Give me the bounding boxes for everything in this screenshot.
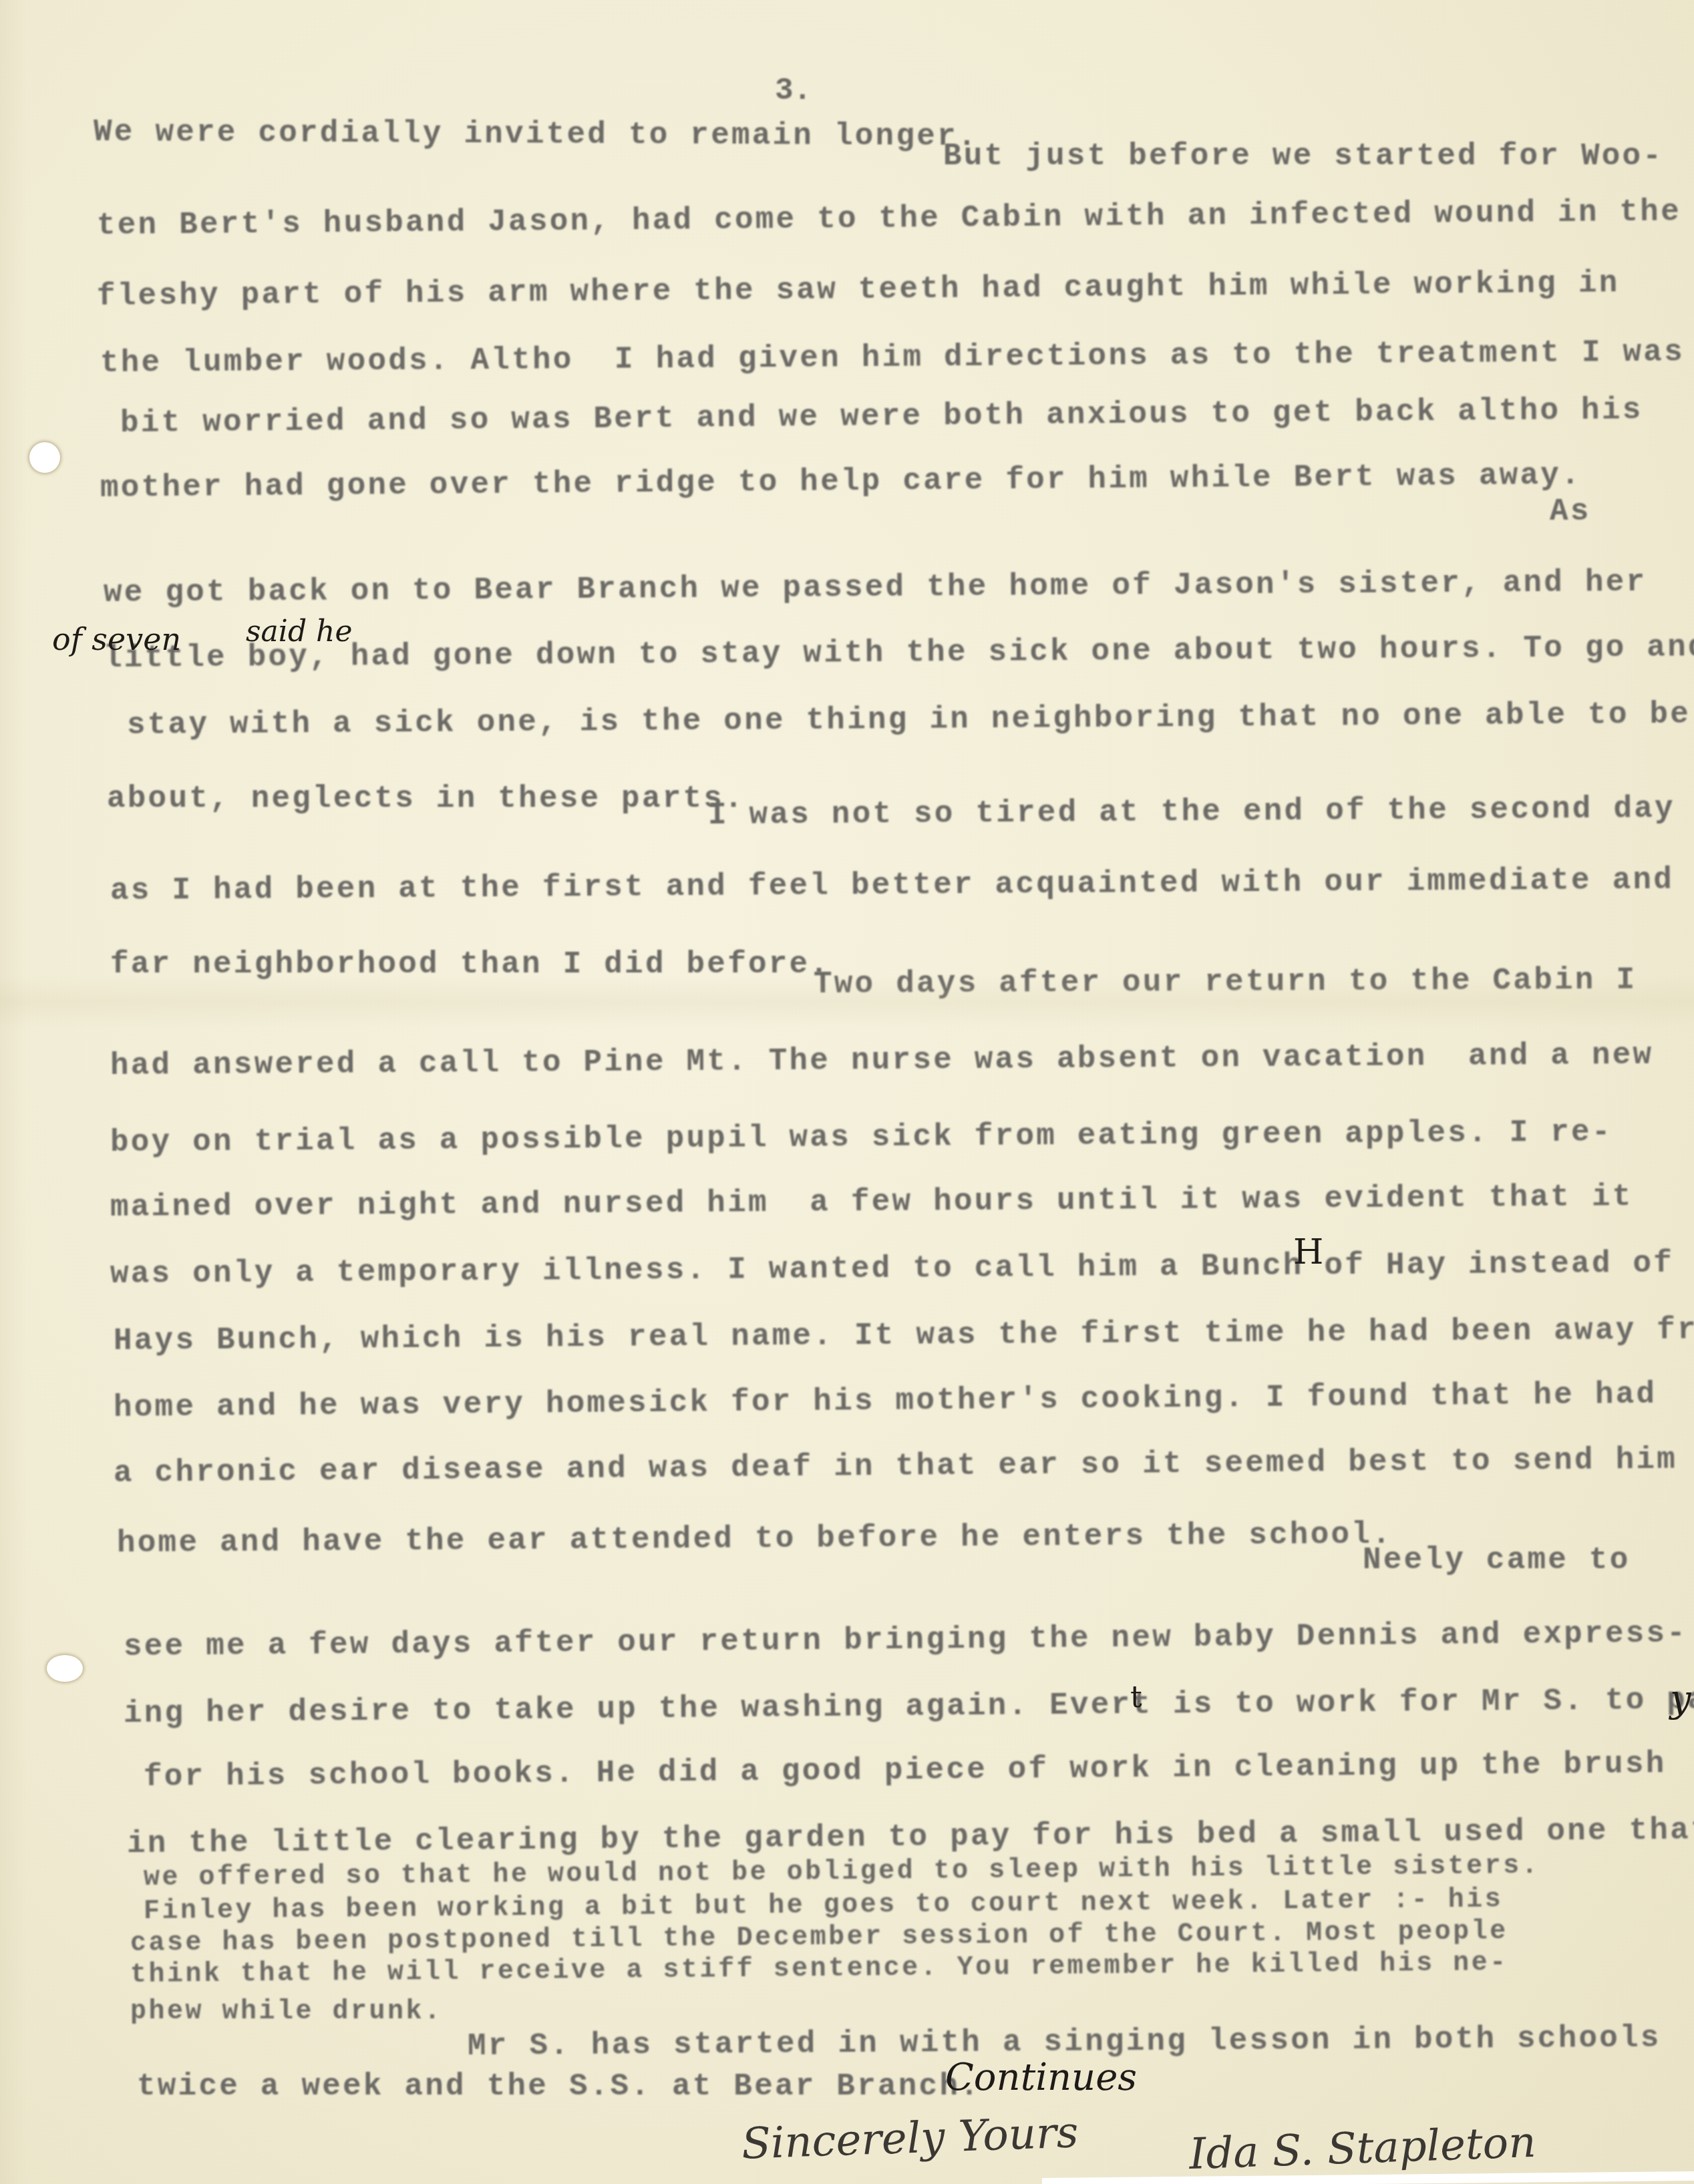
text-line-2: But just before we started for Woo- <box>943 139 1663 174</box>
text-line-7: mother had gone over the ridge to help c… <box>100 458 1582 506</box>
text-line-9: we got back on to Bear Branch we passed … <box>104 565 1647 610</box>
handwritten-correction-t: t <box>1130 1680 1142 1714</box>
handwritten-correction-h: H <box>1293 1232 1323 1272</box>
text-line-5: the lumber woods. Altho I had given him … <box>100 335 1694 381</box>
text-line-3: ten Bert's husband Jason, had come to th… <box>97 194 1681 243</box>
text-line-6: bit worried and so was Bert and we were … <box>120 393 1643 441</box>
punch-hole-top <box>29 442 60 473</box>
text-line-11: stay with a sick one, is the one thing i… <box>127 697 1691 743</box>
text-line-23: a chronic ear disease and was deaf in th… <box>114 1443 1678 1491</box>
handwritten-continues: Continues <box>945 2056 1137 2099</box>
text-line-17: had answered a call to Pine Mt. The nurs… <box>110 1038 1654 1083</box>
text-line-14: as I had been at the first and feel bett… <box>110 863 1674 908</box>
text-line-27: ing her desire to take up the washing ag… <box>124 1682 1694 1731</box>
text-line-15: far neighborhood than I did before. <box>110 947 830 982</box>
text-line-25: Neely came to <box>1363 1543 1630 1578</box>
handwritten-insert-said-he: said he <box>246 614 352 649</box>
text-line-20: was only a temporary illness. I wanted t… <box>110 1246 1674 1292</box>
text-line-12: about, neglects in these parts. <box>107 781 745 816</box>
text-line-1: We were cordially invited to remain long… <box>94 115 979 154</box>
text-line-36: twice a week and the S.S. at Bear Branch… <box>137 2069 981 2104</box>
text-line-26: see me a few days after our return bring… <box>124 1616 1688 1664</box>
paper-bottom-edge <box>1042 2171 1694 2184</box>
text-line-21: Hays Bunch, which is his real name. It w… <box>114 1312 1694 1358</box>
text-line-22: home and he was very homesick for his mo… <box>114 1377 1657 1425</box>
text-line-34: phew while drunk. <box>130 1997 443 2027</box>
text-line-28: for his school books. He did a good piec… <box>144 1747 1667 1795</box>
text-line-18: boy on trial as a possible pupil was sic… <box>110 1115 1613 1160</box>
text-line-8: As <box>1550 494 1591 529</box>
signature: Ida S. Stapleton <box>1188 2118 1537 2179</box>
text-line-19: mained over night and nursed him a few h… <box>110 1179 1633 1225</box>
text-line-16: Two days after our return to the Cabin I <box>814 963 1637 1002</box>
page-number: 3. <box>775 73 812 108</box>
handwritten-correction-y: y <box>1670 1678 1691 1721</box>
letter-page: 3. We were cordially invited to remain l… <box>0 0 1694 2184</box>
closing-sincerely-yours: Sincerely Yours <box>741 2108 1079 2169</box>
text-line-24: home and have the ear attended to before… <box>117 1517 1393 1561</box>
text-line-13: I was not so tired at the end of the sec… <box>708 791 1675 833</box>
handwritten-margin-note: of seven <box>52 621 181 657</box>
text-line-4: fleshy part of his arm where the saw tee… <box>97 266 1620 314</box>
punch-hole-bottom <box>47 1655 83 1682</box>
